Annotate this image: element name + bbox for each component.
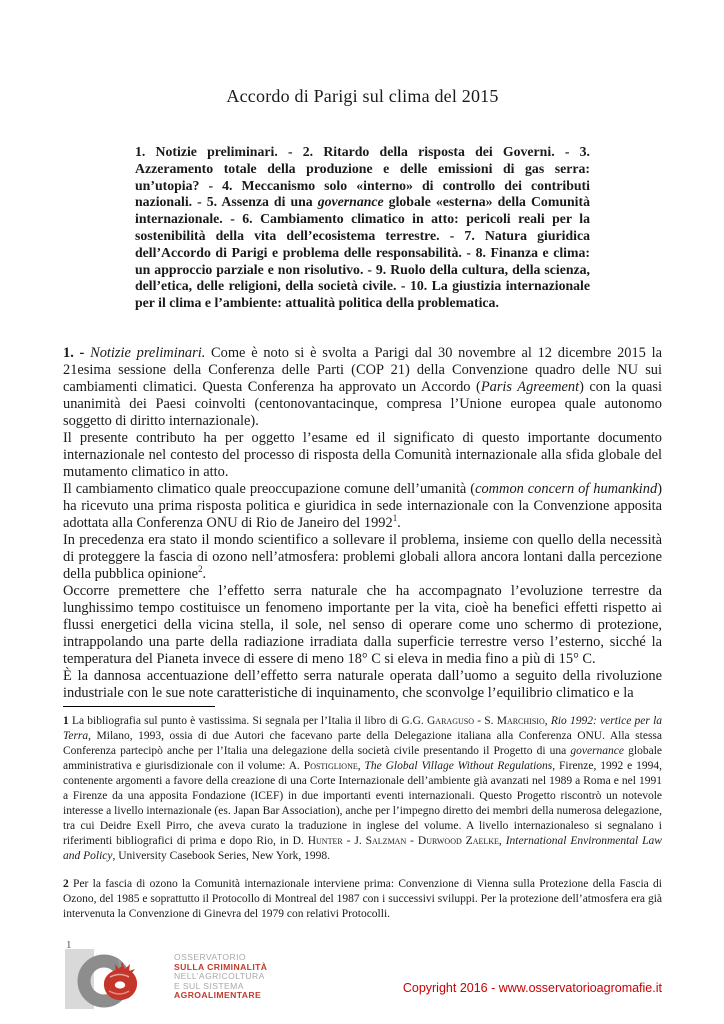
paragraph-6: È la dannosa accentuazione dell’effetto … <box>63 668 662 702</box>
page-title: Accordo di Parigi sul clima del 2015 <box>63 86 662 107</box>
logo-line-agroalimentare: AGROALIMENTARE <box>174 991 267 1001</box>
abstract-summary: 1. Notizie preliminari. - 2. Ritardo del… <box>135 144 590 312</box>
paragraph-3: Il cambiamento climatico quale preoccupa… <box>63 481 662 532</box>
tomato-logo-icon <box>63 946 171 1012</box>
footer-logo: OSSERVATORIO SULLA CRIMINALITÀ NELL’AGRI… <box>63 946 267 1012</box>
paragraph-1: 1. - Notizie preliminari. Come è noto si… <box>63 345 662 430</box>
document-page: Accordo di Parigi sul clima del 2015 1. … <box>0 0 724 1024</box>
footnote-2: 2 Per la fascia di ozono la Comunità int… <box>63 877 662 922</box>
paragraph-4: In precedenza era stato il mondo scienti… <box>63 532 662 583</box>
article-body: 1. - Notizie preliminari. Come è noto si… <box>63 345 662 702</box>
footnote-separator <box>63 706 215 707</box>
footnotes-section: 1 La bibliografia sul punto è vastissima… <box>63 714 662 922</box>
footnote-1: 1 La bibliografia sul punto è vastissima… <box>63 714 662 864</box>
copyright-link[interactable]: Copyright 2016 - www.osservatorioagromaf… <box>403 981 662 995</box>
footer-logo-text: OSSERVATORIO SULLA CRIMINALITÀ NELL’AGRI… <box>174 946 267 1001</box>
paragraph-5: Occorre premettere che l’effetto serra n… <box>63 583 662 668</box>
paragraph-2: Il presente contributo ha per oggetto l’… <box>63 430 662 481</box>
